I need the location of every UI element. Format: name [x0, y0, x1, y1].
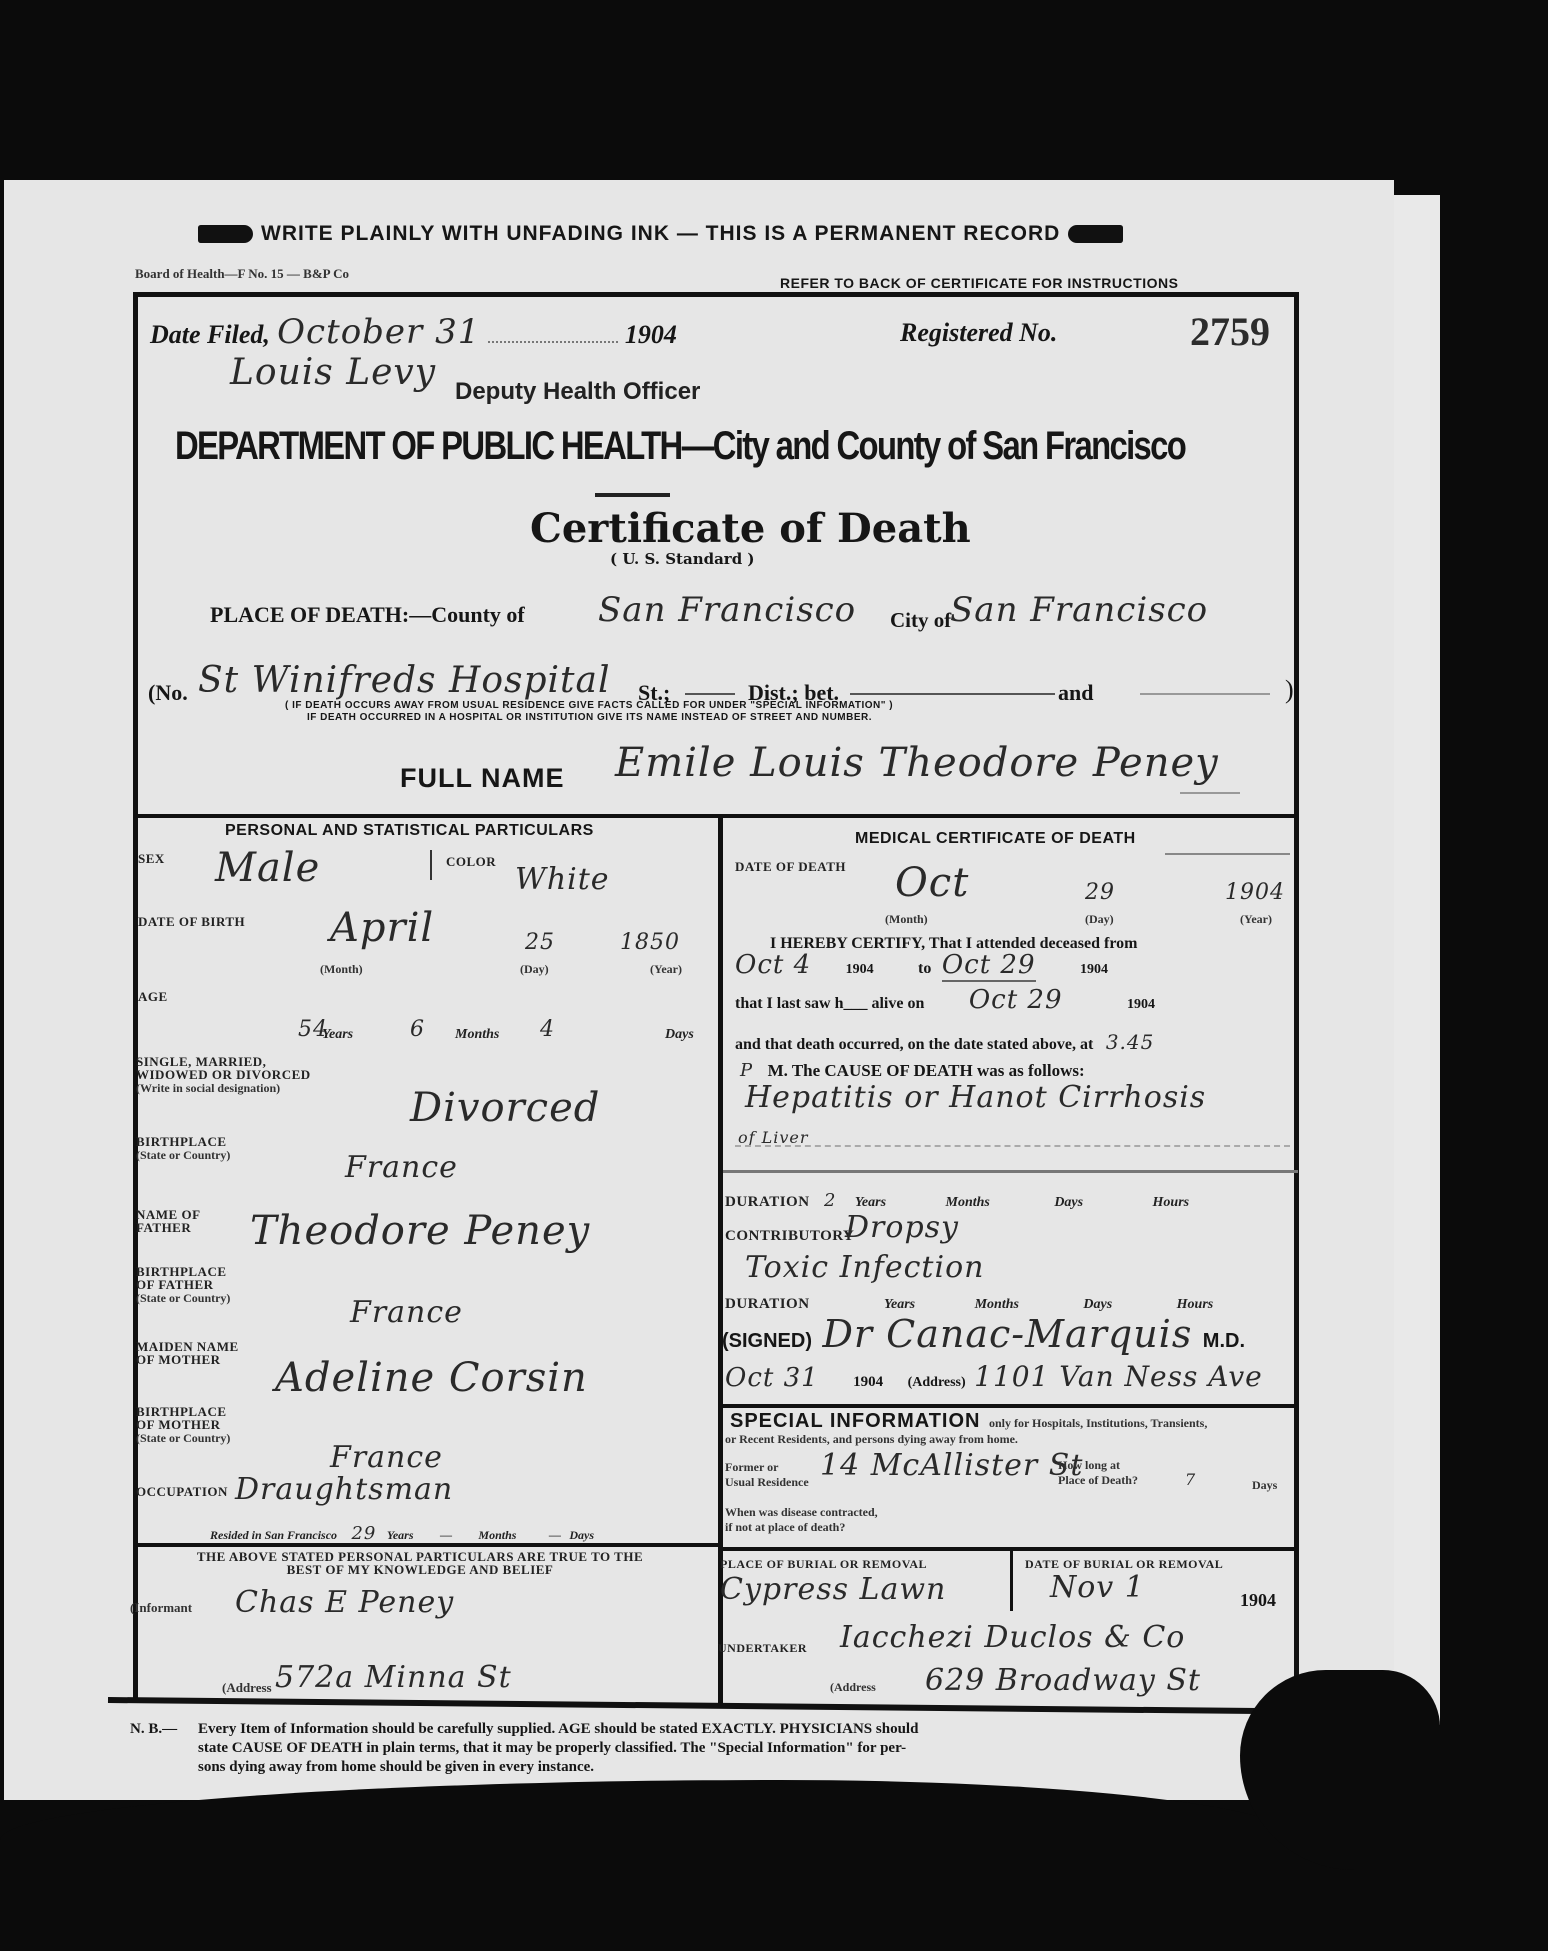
sex-value: Male	[215, 845, 320, 891]
contracted-label-1: When was disease contracted,	[725, 1505, 878, 1520]
full-name-underline	[1180, 792, 1240, 794]
dod-label: DATE OF DEATH	[735, 860, 846, 873]
former-label-2: Usual Residence	[725, 1475, 809, 1490]
occurred-text: and that death occurred, on the date sta…	[735, 1036, 1093, 1053]
duration2-days-caption: Days	[1083, 1297, 1112, 1312]
last-saw-date: Oct 29	[969, 985, 1063, 1015]
mother-value: Adeline Corsin	[275, 1355, 588, 1401]
informant-name: Chas E Peney	[235, 1585, 454, 1620]
special-rule	[723, 1404, 1298, 1408]
mother-birthplace-value: France	[330, 1440, 443, 1475]
resided-days: —	[549, 1528, 561, 1542]
mother-bp-label-2: OF MOTHER	[136, 1418, 230, 1431]
duration2-years-caption: Years	[884, 1297, 915, 1312]
last-saw-row: that I last saw h___ alive on Oct 29 190…	[735, 985, 1155, 1015]
dob-label: DATE OF BIRTH	[138, 915, 245, 928]
duration2-hours-caption: Hours	[1177, 1297, 1214, 1312]
dod-day: 29	[1085, 880, 1115, 905]
duration-years: 2	[824, 1190, 836, 1211]
father-birthplace-label: BIRTHPLACE OF FATHER (State or Country)	[136, 1265, 230, 1306]
to-label: to	[918, 960, 931, 977]
medical-top-line	[1165, 853, 1290, 855]
pointing-hand-right-icon	[1068, 225, 1123, 243]
date-filed-label: Date Filed,	[150, 320, 270, 349]
signed-date-row: Oct 31 1904 (Address) 1101 Van Ness Ave	[725, 1360, 1263, 1393]
last-saw-text: that I last saw h___ alive on	[735, 995, 924, 1012]
nb-line-2: state CAUSE OF DEATH in plain terms, tha…	[130, 1739, 1210, 1758]
dob-month-caption: (Month)	[320, 962, 363, 977]
resided-months-caption: Months	[478, 1528, 516, 1542]
mother-label: MAIDEN NAME OF MOTHER	[136, 1340, 239, 1366]
signed-row: (SIGNED) Dr Canac-Marquis M.D.	[722, 1312, 1245, 1356]
pointing-hand-left-icon	[198, 225, 253, 243]
informant-rule	[133, 1543, 720, 1547]
duration-label-2: DURATION	[725, 1296, 810, 1312]
signed-year: 1904	[853, 1374, 883, 1390]
department-title: DEPARTMENT OF PUBLIC HEALTH—City and Cou…	[175, 424, 1185, 469]
dod-month: Oct	[895, 860, 969, 906]
how-long-label-1: How long at	[1058, 1458, 1138, 1473]
date-filed-value: October 31	[277, 312, 480, 352]
place-instructions: ( IF DEATH OCCURS AWAY FROM USUAL RESIDE…	[285, 700, 893, 724]
certificate-title: Certificate of Death	[530, 505, 971, 552]
father-birthplace-value: France	[350, 1295, 463, 1330]
section-rule-top	[133, 814, 1299, 818]
informant-statement-2: BEST OF MY KNOWLEDGE AND BELIEF	[120, 1563, 720, 1576]
form-number: Board of Health—F No. 15 — B&P Co	[135, 266, 349, 282]
undertaker-value: Iacchezi Duclos & Co	[840, 1620, 1185, 1655]
street-blank	[685, 693, 735, 695]
duration-hours-caption: Hours	[1153, 1195, 1190, 1210]
registered-number: 2759	[1190, 308, 1270, 355]
how-long-label: How long at Place of Death?	[1058, 1458, 1138, 1488]
registered-label: Registered No.	[900, 318, 1057, 348]
occupation-value: Draughtsman	[235, 1472, 453, 1507]
nb-line-3: sons dying away from home should be give…	[130, 1758, 1210, 1777]
undertaker-label: UNDERTAKER	[718, 1642, 807, 1655]
resided-label: Resided in San Francisco	[210, 1528, 337, 1542]
contracted-label-2: if not at place of death?	[725, 1520, 878, 1535]
date-filed-year: 1904	[625, 320, 677, 349]
resided-years: 29	[351, 1523, 376, 1544]
cause-line-1: Hepatitis or Hanot Cirrhosis	[745, 1080, 1206, 1115]
county-value: San Francisco	[598, 590, 856, 630]
special-note-2: or Recent Residents, and persons dying a…	[725, 1432, 1018, 1447]
contributory-2: Toxic Infection	[745, 1250, 984, 1285]
birthplace-value: France	[345, 1150, 458, 1185]
district-blank	[850, 693, 1055, 695]
date-filed: Date Filed, October 31 1904	[150, 312, 677, 352]
cause-row: P M. The CAUSE OF DEATH was as follows:	[740, 1060, 1085, 1081]
dod-year: 1904	[1225, 880, 1285, 905]
special-title: SPECIAL INFORMATION	[730, 1410, 980, 1432]
nb-line-1: Every Item of Information should be care…	[198, 1721, 918, 1737]
full-name-value: Emile Louis Theodore Peney	[615, 740, 1219, 786]
attended-from-year: 1904	[846, 962, 874, 977]
contributory-1: Dropsy	[845, 1210, 959, 1245]
occupation-label: OCCUPATION	[136, 1485, 228, 1498]
dod-day-caption: (Day)	[1085, 912, 1114, 927]
officer-signature: Louis Levy	[230, 352, 436, 393]
dod-year-caption: (Year)	[1240, 912, 1272, 927]
undertaker-address: 629 Broadway St	[925, 1663, 1201, 1698]
informant-address: 572a Minna St	[275, 1660, 512, 1695]
former-residence-value: 14 McAllister St	[820, 1448, 1083, 1483]
signed-label: (SIGNED)	[722, 1330, 812, 1352]
cause-section-rule	[723, 1170, 1298, 1173]
mother-bp-label-3: (State or Country)	[136, 1431, 230, 1446]
undertaker-address-label: (Address	[830, 1680, 876, 1695]
duration-label-1: DURATION	[725, 1194, 810, 1210]
sex-label: SEX	[138, 852, 165, 865]
marital-value: Divorced	[410, 1085, 600, 1131]
special-heading: SPECIAL INFORMATION only for Hospitals, …	[730, 1410, 1207, 1433]
duration-row-2: DURATION Years Months Days Hours	[725, 1295, 1290, 1313]
age-days: 4	[540, 1017, 555, 1042]
dob-day-caption: (Day)	[520, 962, 549, 977]
burial-divider	[1010, 1551, 1013, 1611]
place-note-line2: IF DEATH OCCURRED IN A HOSPITAL OR INSTI…	[285, 712, 893, 724]
marital-label-3: (Write in social designation)	[136, 1081, 311, 1096]
burial-place-value: Cypress Lawn	[720, 1572, 946, 1607]
cause-text: M. The CAUSE OF DEATH was as follows:	[768, 1061, 1085, 1080]
burial-date-value: Nov 1	[1050, 1570, 1145, 1605]
dob-month: April	[330, 905, 434, 951]
birthplace-label-1: BIRTHPLACE	[136, 1135, 230, 1148]
age-years-caption: Years	[322, 1027, 353, 1043]
city-value: San Francisco	[950, 590, 1208, 630]
how-long-label-2: Place of Death?	[1058, 1473, 1138, 1488]
informant-statement: THE ABOVE STATED PERSONAL PARTICULARS AR…	[120, 1550, 720, 1576]
physician-address-label: (Address)	[908, 1375, 966, 1390]
physician-signature: Dr Canac-Marquis	[822, 1312, 1192, 1356]
how-long-days: Days	[1252, 1478, 1277, 1493]
md-label: M.D.	[1203, 1330, 1245, 1352]
duration-days-caption: Days	[1054, 1195, 1083, 1210]
nb-footnote: N. B.—Every Item of Information should b…	[130, 1720, 1210, 1777]
dob-year: 1850	[620, 930, 680, 955]
attended-to-year: 1904	[1080, 962, 1108, 977]
color-value: White	[515, 862, 610, 897]
resided-days-caption: Days	[569, 1528, 594, 1542]
contributory-label: CONTRIBUTORY	[725, 1230, 854, 1243]
dob-day: 25	[525, 930, 555, 955]
no-label: (No.	[148, 680, 188, 706]
age-days-caption: Days	[665, 1027, 694, 1043]
last-saw-year: 1904	[1127, 997, 1155, 1012]
contracted-label: When was disease contracted, if not at p…	[725, 1505, 878, 1535]
father-value: Theodore Peney	[250, 1208, 590, 1254]
father-label: NAME OF FATHER	[136, 1208, 201, 1234]
age-label: AGE	[138, 990, 168, 1003]
full-name-label: FULL NAME	[400, 763, 565, 794]
informant-address-label: (Address	[222, 1680, 272, 1696]
burial-place-label: PLACE OF BURIAL OR REMOVAL	[720, 1558, 927, 1571]
dob-year-caption: (Year)	[650, 962, 682, 977]
age-months-caption: Months	[455, 1027, 499, 1043]
father-bp-label-2: OF FATHER	[136, 1278, 230, 1291]
birthplace-label-2: (State or Country)	[136, 1148, 230, 1163]
duration-years-caption: Years	[855, 1195, 886, 1210]
and-blank	[1140, 693, 1270, 695]
duration2-months-caption: Months	[975, 1297, 1019, 1312]
occurred-row: and that death occurred, on the date sta…	[735, 1030, 1154, 1054]
city-label: City of	[890, 608, 951, 633]
place-note-line1: ( IF DEATH OCCURS AWAY FROM USUAL RESIDE…	[285, 700, 893, 712]
sex-color-divider	[430, 850, 432, 880]
burial-year: 1904	[1240, 1590, 1276, 1611]
banner-text: WRITE PLAINLY WITH UNFADING INK — THIS I…	[261, 222, 1060, 245]
signed-date: Oct 31	[725, 1363, 819, 1393]
attended-row: Oct 4 1904 to Oct 29 1904	[735, 950, 1108, 980]
age-months: 6	[410, 1017, 425, 1042]
resided-months: —	[440, 1528, 452, 1542]
birthplace-label: BIRTHPLACE (State or Country)	[136, 1135, 230, 1163]
medical-heading: MEDICAL CERTIFICATE OF DEATH	[855, 830, 1136, 848]
attended-from: Oct 4	[735, 950, 811, 980]
death-meridiem: P	[740, 1060, 753, 1081]
institution-value: St Winifreds Hospital	[198, 660, 611, 701]
physician-address: 1101 Van Ness Ave	[974, 1360, 1263, 1393]
informant-label: (Informant	[130, 1600, 192, 1616]
refer-instructions: REFER TO BACK OF CERTIFICATE FOR INSTRUC…	[780, 275, 1178, 291]
father-label-2: FATHER	[136, 1221, 201, 1234]
death-time: 3.45	[1106, 1030, 1155, 1054]
mother-birthplace-label: BIRTHPLACE OF MOTHER (State or Country)	[136, 1405, 230, 1446]
place-of-death-label: PLACE OF DEATH:—County of	[210, 602, 525, 628]
resided-row: Resided in San Francisco 29 Years — Mont…	[210, 1523, 594, 1544]
personal-heading: PERSONAL AND STATISTICAL PARTICULARS	[225, 822, 594, 840]
dod-month-caption: (Month)	[885, 912, 928, 927]
marital-label: SINGLE, MARRIED, WIDOWED OR DIVORCED (Wr…	[136, 1055, 311, 1096]
nb-lead: N. B.—	[130, 1720, 198, 1739]
duration-row-1: DURATION 2 Years Months Days Hours	[725, 1190, 1290, 1211]
cause-line-rule	[735, 1145, 1290, 1147]
mother-label-2: OF MOTHER	[136, 1353, 239, 1366]
title-divider	[595, 493, 670, 497]
attended-to: Oct 29	[942, 950, 1036, 982]
close-paren: )	[1285, 675, 1294, 705]
officer-title: Deputy Health Officer	[455, 378, 700, 406]
color-label: COLOR	[446, 855, 496, 868]
and-label: and	[1058, 680, 1093, 706]
special-title-note: only for Hospitals, Institutions, Transi…	[989, 1416, 1207, 1430]
former-label-1: Former or	[725, 1460, 809, 1475]
corner-shadow	[1240, 1670, 1440, 1870]
father-bp-label-3: (State or Country)	[136, 1291, 230, 1306]
resided-years-caption: Years	[387, 1528, 414, 1542]
marital-label-2: WIDOWED OR DIVORCED	[136, 1068, 311, 1081]
ink-warning-banner: WRITE PLAINLY WITH UNFADING INK — THIS I…	[190, 222, 1131, 246]
certificate-subtitle: ( U. S. Standard )	[610, 550, 755, 568]
duration-months-caption: Months	[946, 1195, 990, 1210]
how-long-value: 7	[1185, 1470, 1196, 1489]
former-residence-label: Former or Usual Residence	[725, 1460, 809, 1490]
